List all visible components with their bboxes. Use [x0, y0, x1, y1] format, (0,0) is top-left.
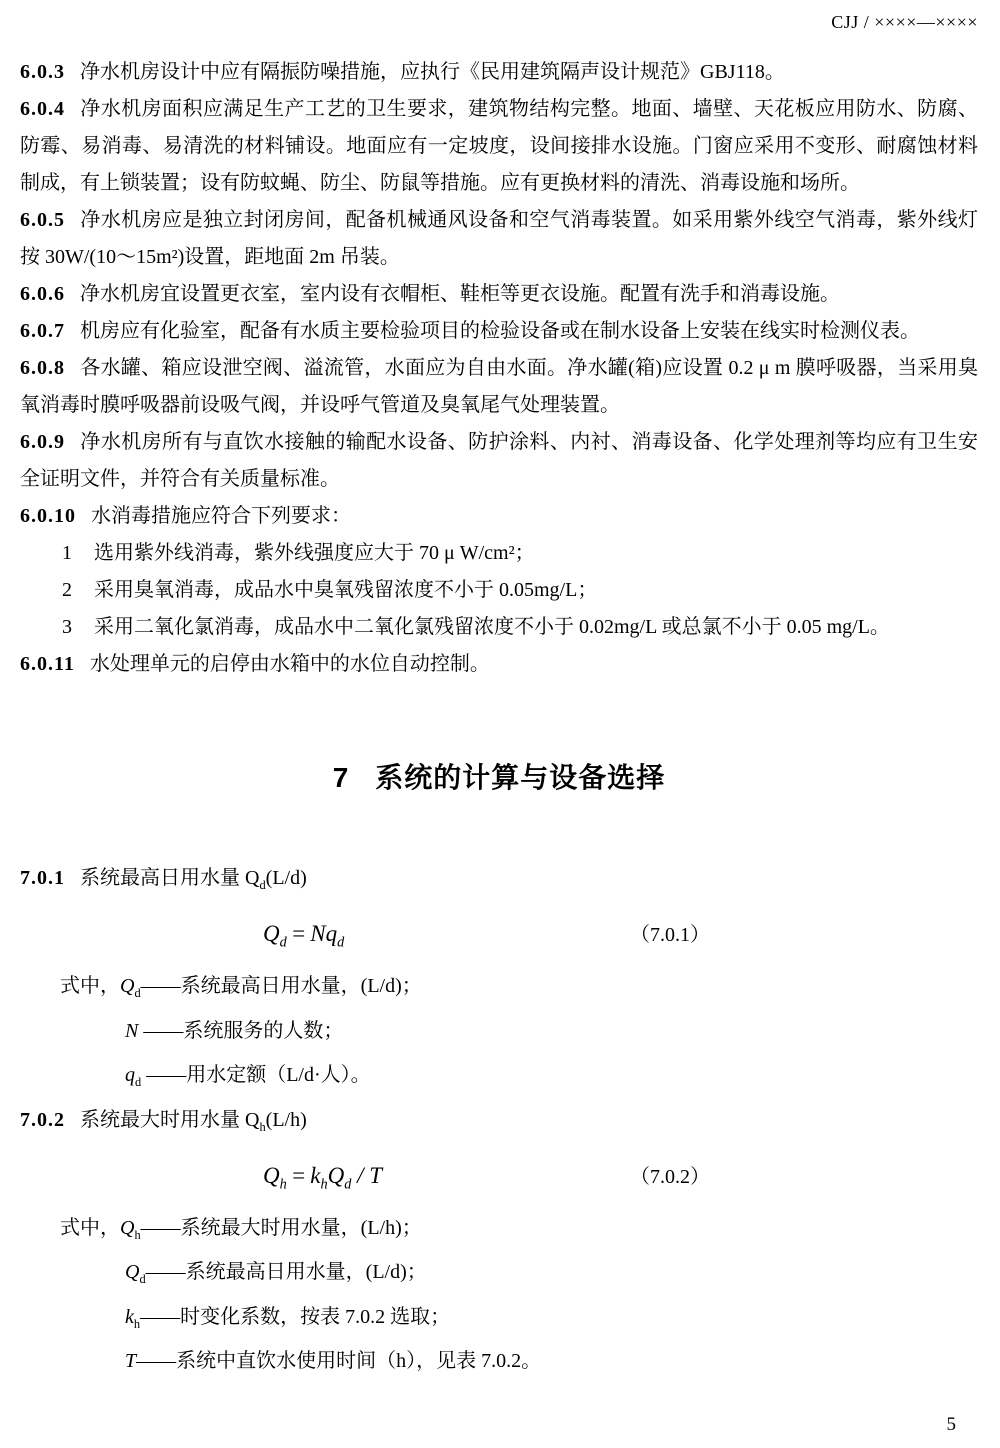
list-item-number: 1 [62, 542, 72, 564]
equals-sign: = [287, 921, 311, 946]
variable-base: k [125, 1306, 134, 1328]
where-item: qd ——用水定额（L/d·人）。 [125, 1057, 978, 1102]
clause-text: 净水机房应是独立封闭房间，配备机械通风设备和空气消毒装置。如采用紫外线空气消毒，… [20, 209, 978, 268]
clause-6-0-3: 6.0.3净水机房设计中应有隔振防噪措施，应执行《民用建筑隔声设计规范》GBJ1… [20, 54, 978, 91]
where-label: 式中， [60, 1217, 120, 1239]
where-item: 式中，Qd——系统最高日用水量，(L/d)； [60, 968, 978, 1013]
variable-base: Q [125, 1261, 139, 1283]
document-header: CJJ / ××××—×××× [20, 10, 978, 34]
clause-text: 机房应有化验室，配备有水质主要检验项目的检验设备或在制水设备上安装在线实时检测仪… [80, 320, 920, 342]
clause-6-0-10: 6.0.10水消毒措施应符合下列要求： [20, 498, 978, 535]
clause-number: 6.0.11 [20, 653, 75, 675]
variable-subscript: h [280, 1176, 287, 1192]
variable-base: Q [328, 1163, 345, 1188]
where-list-7-0-2: 式中，Qh——系统最大时用水量，(L/h)； Qd——系统最高日用水量，(L/d… [20, 1210, 978, 1388]
clause-number: 6.0.6 [20, 283, 65, 305]
variable-subscript: d [280, 935, 287, 951]
clause-number: 6.0.3 [20, 61, 65, 83]
variable-base: q [125, 1064, 135, 1086]
formula-7-0-2: Qh=khQd / T （7.0.2） [20, 1156, 978, 1196]
where-description: ——系统中直饮水使用时间（h），见表 7.0.2。 [136, 1350, 541, 1372]
clause-6-0-6: 6.0.6净水机房宜设置更衣室，室内设有衣帽柜、鞋柜等更衣设施。配置有洗手和消毒… [20, 276, 978, 313]
clause-6-0-4: 6.0.4净水机房面积应满足生产工艺的卫生要求，建筑物结构完整。地面、墙壁、天花… [20, 91, 978, 202]
equation: Qd=Nqd [263, 914, 344, 963]
variable-base: Nq [310, 921, 337, 946]
variable-base: Q [263, 921, 280, 946]
chapter-number: 7 [333, 762, 350, 793]
clause-number: 6.0.7 [20, 320, 65, 342]
formula-variable: Qh [120, 1217, 141, 1239]
list-item-text: 选用紫外线消毒，紫外线强度应大于 70 μ W/cm²； [94, 542, 535, 564]
where-item: 式中，Qh——系统最大时用水量，(L/h)； [60, 1210, 978, 1255]
clause-number: 6.0.4 [20, 98, 65, 120]
variable-base: N [125, 1020, 138, 1042]
page-number: 5 [947, 1414, 957, 1436]
chapter-title: 系统的计算与设备选择 [375, 762, 665, 793]
clause-text: 净水机房所有与直饮水接触的输配水设备、防护涂料、内衬、消毒设备、化学处理剂等均应… [20, 431, 978, 490]
clause-7-0-1: 7.0.1系统最高日用水量 Qd(L/d) [20, 860, 978, 904]
clause-6-0-5: 6.0.5净水机房应是独立封闭房间，配备机械通风设备和空气消毒装置。如采用紫外线… [20, 202, 978, 276]
clause-6-0-7: 6.0.7机房应有化验室，配备有水质主要检验项目的检验设备或在制水设备上安装在线… [20, 313, 978, 350]
list-item-number: 3 [62, 616, 72, 638]
variable-base: T [125, 1350, 136, 1372]
chapter-heading: 7系统的计算与设备选择 [20, 758, 978, 798]
where-description: ——时变化系数，按表 7.0.2 选取； [140, 1306, 450, 1328]
list-item-1: 1选用紫外线消毒，紫外线强度应大于 70 μ W/cm²； [62, 535, 978, 572]
where-description: ——系统服务的人数； [138, 1020, 343, 1042]
variable-base: Q [263, 1163, 280, 1188]
variable-subscript: d [344, 1176, 351, 1192]
formula-variable: Qd [120, 975, 141, 997]
formula-7-0-1: Qd=Nqd （7.0.1） [20, 914, 978, 954]
variable-subscript: h [321, 1176, 328, 1192]
equation-number: （7.0.2） [630, 1157, 710, 1197]
equation: Qh=khQd / T [263, 1156, 382, 1205]
clause-text: 系统最高日用水量 Qd(L/d) [80, 867, 307, 889]
clause-text-post: (L/d) [266, 867, 307, 889]
clause-text-pre: 系统最高日用水量 Q [80, 867, 259, 889]
formula-variable: Qd [125, 1261, 146, 1283]
where-item: Qd——系统最高日用水量，(L/d)； [125, 1254, 978, 1299]
formula-variable: kh [125, 1306, 140, 1328]
clause-6-0-9: 6.0.9净水机房所有与直饮水接触的输配水设备、防护涂料、内衬、消毒设备、化学处… [20, 424, 978, 498]
clause-text: 水消毒措施应符合下列要求： [91, 505, 351, 527]
clause-number: 7.0.2 [20, 1109, 65, 1131]
where-item: N ——系统服务的人数； [125, 1013, 978, 1058]
where-list-7-0-1: 式中，Qd——系统最高日用水量，(L/d)； N ——系统服务的人数； qd —… [20, 968, 978, 1102]
formula-tail: / T [357, 1163, 382, 1188]
clause-6-0-8: 6.0.8各水罐、箱应设泄空阀、溢流管，水面应为自由水面。净水罐(箱)应设置 0… [20, 350, 978, 424]
list-item-3: 3采用二氧化氯消毒，成品水中二氧化氯残留浓度不小于 0.02mg/L 或总氯不小… [62, 609, 978, 646]
equation-number: （7.0.1） [630, 915, 710, 955]
where-description: ——系统最高日用水量，(L/d)； [146, 1261, 427, 1283]
formula-variable: N [125, 1020, 138, 1042]
clause-number: 7.0.1 [20, 867, 65, 889]
clause-text-post: (L/h) [266, 1109, 307, 1131]
clause-number: 6.0.5 [20, 209, 65, 231]
clause-text: 各水罐、箱应设泄空阀、溢流管，水面应为自由水面。净水罐(箱)应设置 0.2 μ … [20, 357, 978, 416]
clause-text: 净水机房宜设置更衣室，室内设有衣帽柜、鞋柜等更衣设施。配置有洗手和消毒设施。 [80, 283, 840, 305]
formula-variable: qd [125, 1064, 141, 1086]
clause-text: 净水机房面积应满足生产工艺的卫生要求，建筑物结构完整。地面、墙壁、天花板应用防水… [20, 98, 978, 194]
variable-subscript: d [337, 935, 344, 951]
where-label: 式中， [60, 975, 120, 997]
clause-text: 系统最大时用水量 Qh(L/h) [80, 1109, 307, 1131]
formula-variable: T [125, 1350, 136, 1372]
list-item-text: 采用臭氧消毒，成品水中臭氧残留浓度不小于 0.05mg/L； [94, 579, 597, 601]
where-description: ——用水定额（L/d·人）。 [141, 1064, 370, 1086]
variable-base: Q [120, 975, 134, 997]
document-page: CJJ / ××××—×××× 6.0.3净水机房设计中应有隔振防噪措施，应执行… [0, 0, 1000, 1448]
list-item-text: 采用二氧化氯消毒，成品水中二氧化氯残留浓度不小于 0.02mg/L 或总氯不小于… [94, 616, 890, 638]
clause-7-0-2: 7.0.2系统最大时用水量 Qh(L/h) [20, 1102, 978, 1146]
where-item: T——系统中直饮水使用时间（h），见表 7.0.2。 [125, 1343, 978, 1388]
where-item: kh——时变化系数，按表 7.0.2 选取； [125, 1299, 978, 1344]
clause-number: 6.0.10 [20, 505, 76, 527]
variable-base: k [310, 1163, 320, 1188]
equals-sign: = [287, 1163, 311, 1188]
clause-text: 水处理单元的启停由水箱中的水位自动控制。 [90, 653, 490, 675]
clause-6-0-11: 6.0.11水处理单元的启停由水箱中的水位自动控制。 [20, 646, 978, 683]
clause-text-pre: 系统最大时用水量 Q [80, 1109, 259, 1131]
variable-base: Q [120, 1217, 134, 1239]
where-description: ——系统最大时用水量，(L/h)； [141, 1217, 422, 1239]
where-description: ——系统最高日用水量，(L/d)； [141, 975, 422, 997]
doc-code: CJJ / ××××—×××× [831, 12, 978, 32]
list-item-2: 2采用臭氧消毒，成品水中臭氧残留浓度不小于 0.05mg/L； [62, 572, 978, 609]
clause-number: 6.0.9 [20, 431, 65, 453]
clause-text: 净水机房设计中应有隔振防噪措施，应执行《民用建筑隔声设计规范》GBJ118。 [80, 61, 785, 83]
clause-number: 6.0.8 [20, 357, 65, 379]
list-item-number: 2 [62, 579, 72, 601]
